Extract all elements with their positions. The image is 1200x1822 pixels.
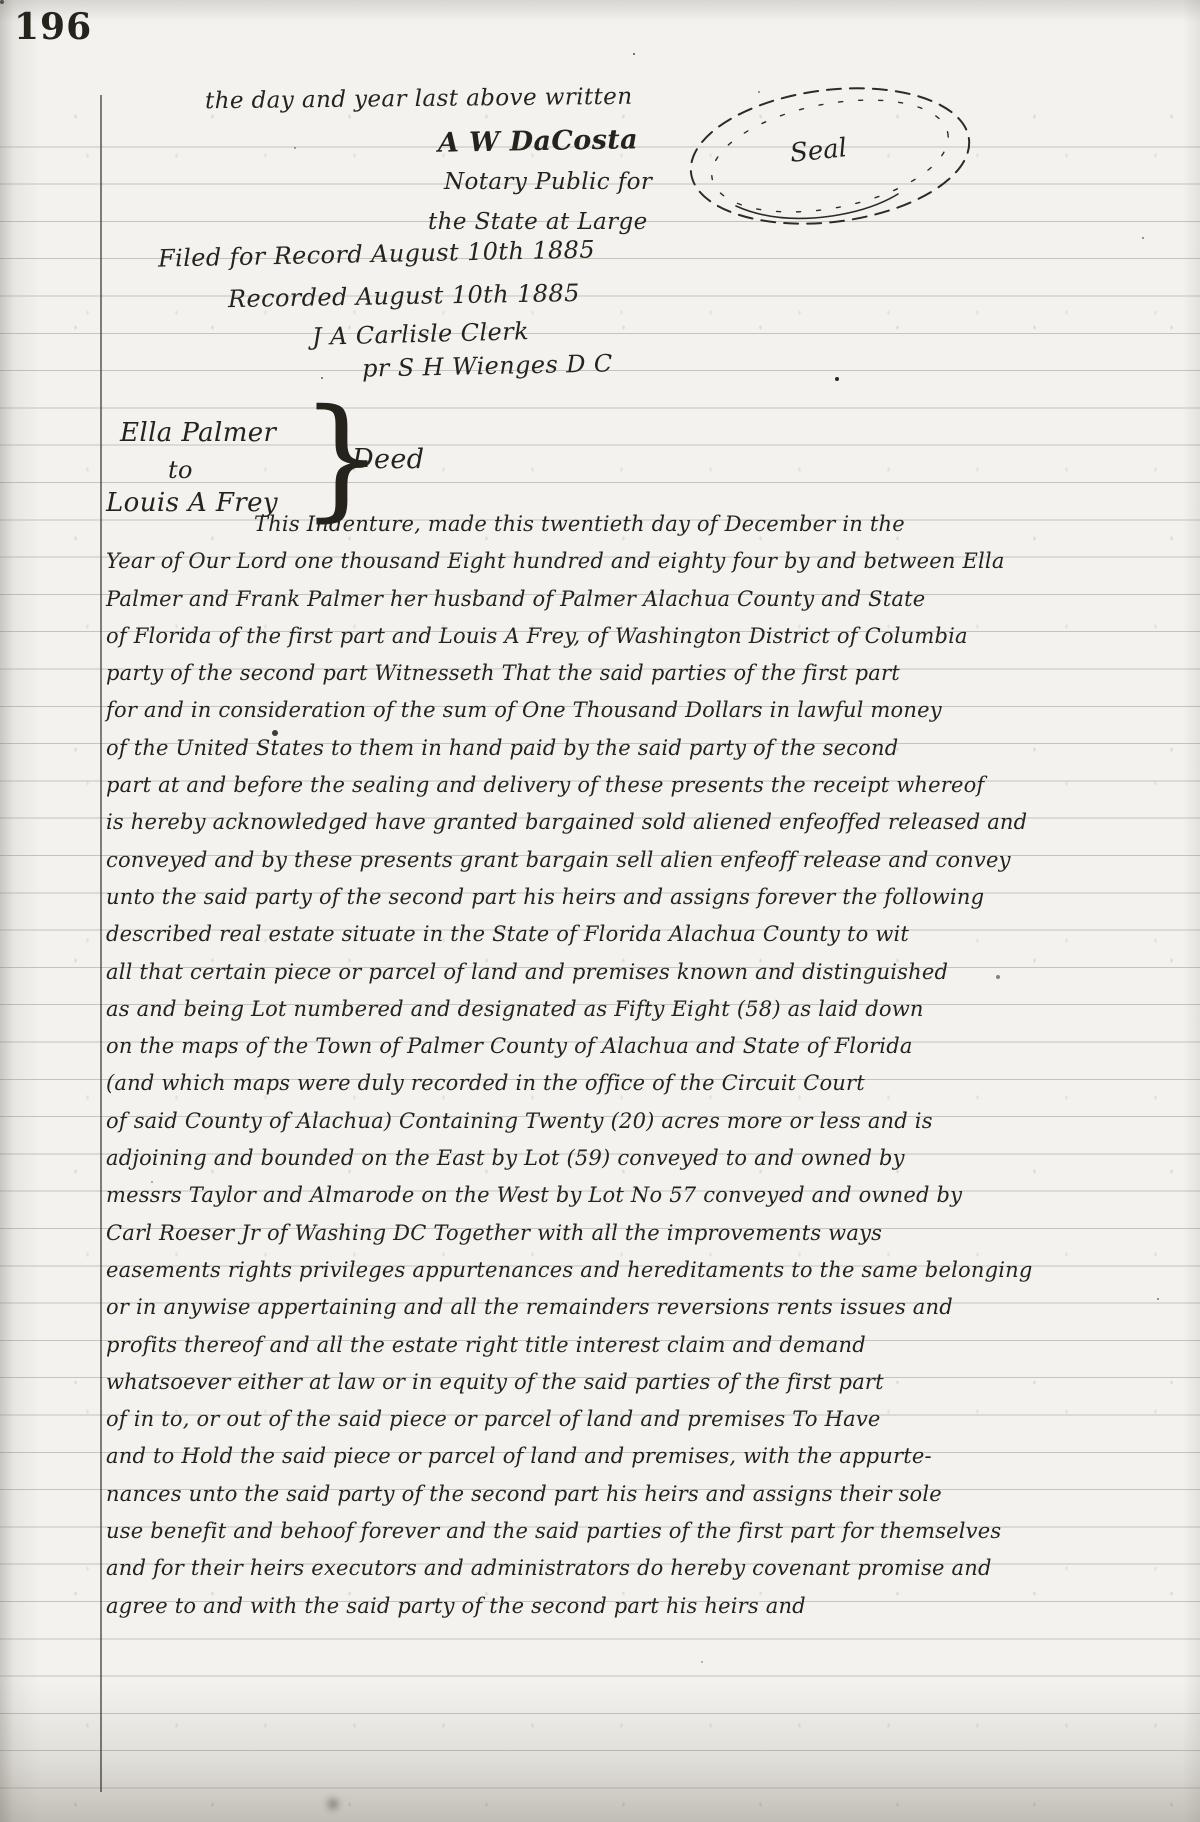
deed-body-line: Year of Our Lord one thousand Eight hund…	[106, 543, 1006, 580]
page-content: 196 the day and year last above written …	[0, 0, 1200, 1822]
deed-body-line: nances unto the said party of the second…	[106, 1476, 1006, 1513]
deed-body-line: of Florida of the first part and Louis A…	[106, 618, 1006, 655]
deed-body-line: profits thereof and all the estate right…	[106, 1327, 1006, 1364]
deed-body-line: of in to, or out of the said piece or pa…	[106, 1401, 1006, 1438]
deed-book-page: { "page": { "number": "196" }, "notary_b…	[0, 0, 1200, 1822]
clerk-signature: J A Carlisle Clerk	[312, 317, 530, 351]
notary-title-line2: the State at Large	[428, 209, 648, 235]
deed-body-line: unto the said party of the second part h…	[106, 879, 1006, 916]
deed-body-line: part at and before the sealing and deliv…	[106, 767, 1006, 804]
deed-body-line: as and being Lot numbered and designated…	[106, 991, 1006, 1028]
deputy-clerk-signature: pr S H Wienges D C	[362, 349, 613, 382]
caption-brace: }	[300, 392, 384, 524]
deed-body-line: of the United States to them in hand pai…	[106, 730, 1006, 767]
deed-body-line: This Indenture, made this twentieth day …	[106, 506, 1006, 543]
deed-body-line: Carl Roeser Jr of Washing DC Together wi…	[106, 1215, 1006, 1252]
deed-body-line: all that certain piece or parcel of land…	[106, 954, 1006, 991]
deed-body-line: for and in consideration of the sum of O…	[106, 692, 1006, 729]
deed-body-line: Palmer and Frank Palmer her husband of P…	[106, 581, 1006, 618]
deed-body-line: and for their heirs executors and admini…	[106, 1550, 1006, 1587]
page-number: 196	[14, 6, 92, 48]
deed-body-line: described real estate situate in the Sta…	[106, 916, 1006, 953]
deed-body-line: is hereby acknowledged have granted barg…	[106, 804, 1006, 841]
caption-connector: to	[168, 456, 193, 484]
grantor-name: Ella Palmer	[120, 418, 276, 448]
notary-title-line1: Notary Public for	[444, 169, 652, 195]
deed-body-line: messrs Taylor and Almarode on the West b…	[106, 1177, 1006, 1214]
deed-body-line: agree to and with the said party of the …	[106, 1588, 1006, 1625]
deed-body-line: and to Hold the said piece or parcel of …	[106, 1438, 1006, 1475]
notary-seal-icon: Seal	[640, 78, 1000, 238]
filed-for-record-line: Filed for Record August 10th 1885	[158, 235, 596, 272]
deed-body-line: use benefit and behoof forever and the s…	[106, 1513, 1006, 1550]
notary-signature: A W DaCosta	[438, 124, 639, 158]
deed-body-line: or in anywise appertaining and all the r…	[106, 1289, 1006, 1326]
deed-body-line: on the maps of the Town of Palmer County…	[106, 1028, 1006, 1065]
deed-body-line: of said County of Alachua) Containing Tw…	[106, 1103, 1006, 1140]
recorded-line: Recorded August 10th 1885	[228, 279, 580, 313]
seal-label: Seal	[789, 133, 849, 169]
deed-body-line: conveyed and by these presents grant bar…	[106, 842, 1006, 879]
deed-body-line: whatsoever either at law or in equity of…	[106, 1364, 1006, 1401]
deed-body-line: (and which maps were duly recorded in th…	[106, 1065, 1006, 1102]
deed-body-line: adjoining and bounded on the East by Lot…	[106, 1140, 1006, 1177]
notary-closing-line: the day and year last above written	[205, 84, 633, 114]
deed-body-line: easements rights privileges appurtenance…	[106, 1252, 1006, 1289]
deed-body-line: party of the second part Witnesseth That…	[106, 655, 1006, 692]
deed-body-text: This Indenture, made this twentieth day …	[106, 506, 1006, 1625]
